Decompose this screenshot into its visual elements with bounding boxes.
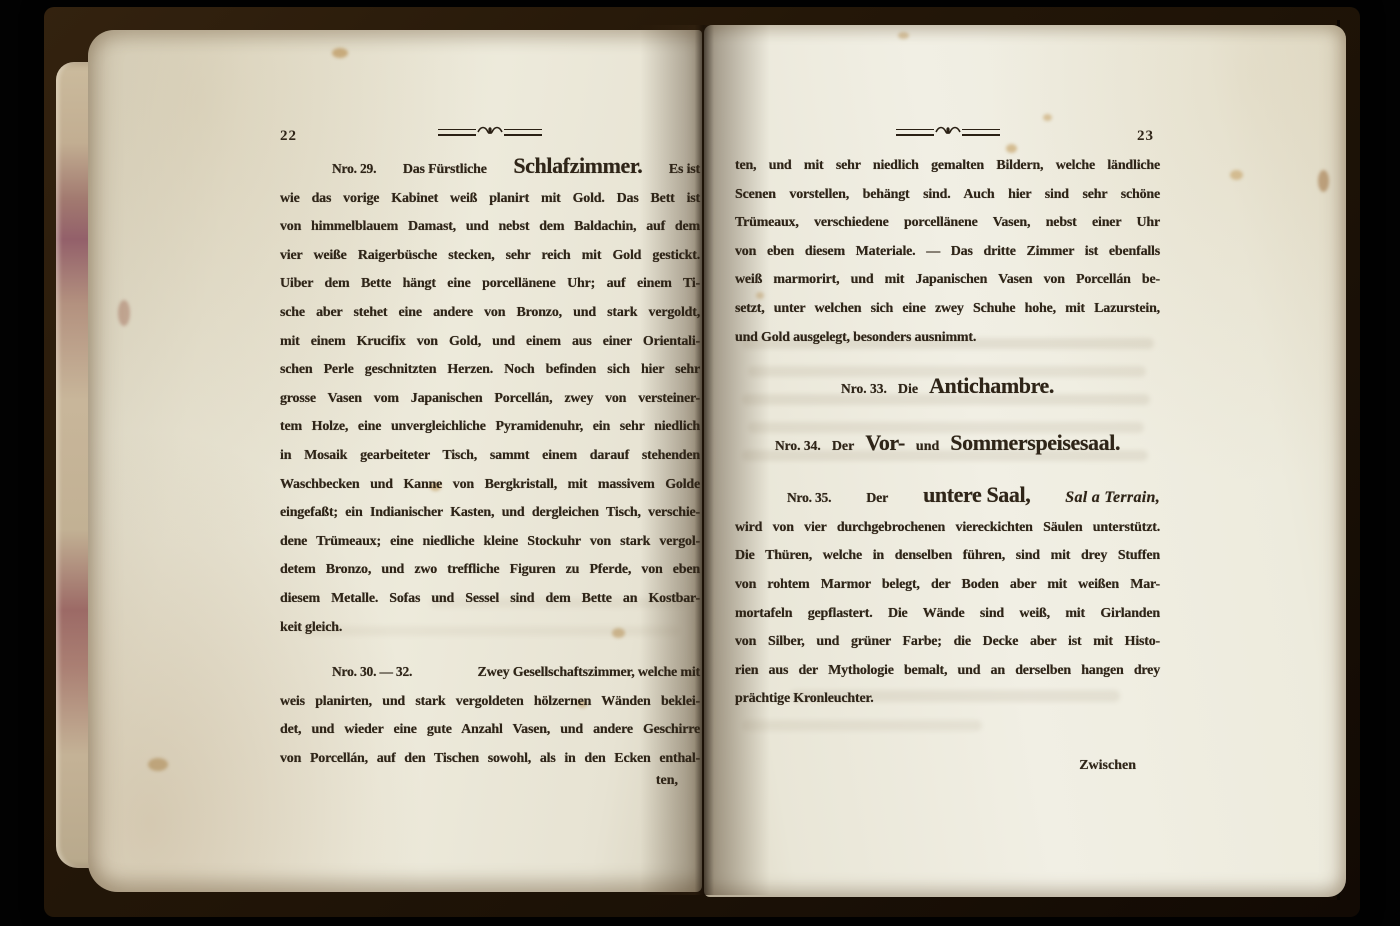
section-35: Nro. 35. Der untere Saal, Sal a Terrain,… — [735, 481, 1160, 778]
section-title-large: Vor- — [865, 429, 905, 458]
text-line: grosse Vasen vom Japanischen Porcellán, … — [280, 385, 700, 414]
text-line: Scenen vorstellen, behängt sind. Auch hi… — [735, 181, 1160, 210]
text-line: Uiber dem Bette hängt eine porcellänene … — [280, 270, 700, 299]
section-title-large: Sommerspeisesaal. — [950, 429, 1120, 458]
foxing-spot — [898, 32, 909, 39]
section-title-large: Antichambre. — [929, 372, 1054, 401]
section-number: Nro. 34. — [775, 429, 821, 463]
right-page-header: 23 — [735, 122, 1160, 152]
page-number-right: 23 — [1137, 128, 1154, 145]
section-title-small: Das Fürstliche — [403, 156, 487, 185]
text-line: dene Trümeaux; eine niedliche kleine Sto… — [280, 528, 700, 557]
catchword-right: Zwischen — [735, 754, 1160, 778]
section-30: Nro. 30. — 32. Zwey Gesellschaftszimmer,… — [280, 658, 700, 793]
ornament-rule — [504, 129, 542, 136]
foxing-spot — [332, 48, 348, 58]
text-line: prächtige Kronleuchter. — [735, 685, 1160, 714]
section-title-large: untere Saal, — [923, 481, 1030, 510]
text-line: mit einem Krucifix von Gold, und einem a… — [280, 328, 700, 357]
text-line: von rohtem Marmor belegt, der Boden aber… — [735, 571, 1160, 600]
continuation-paragraph: ten, und mit sehr niedlich gemalten Bild… — [735, 152, 1160, 352]
foxing-spot — [1318, 170, 1329, 192]
text-line: mortafeln gepflastert. Die Wände sind we… — [735, 600, 1160, 629]
section-title-mid: und — [916, 430, 939, 464]
text-line: eingefaßt; ein Indianischer Kasten, und … — [280, 499, 700, 528]
section-title-large: Schlafzimmer. — [513, 152, 642, 181]
text-line: von eben diesem Materiale. — Das dritte … — [735, 238, 1160, 267]
first-line-rest: Zwey Gesellschaftszimmer, welche mit — [478, 659, 700, 688]
section-number: Nro. 29. — [332, 155, 376, 184]
text-line: von Silber, und grüner Farbe; die Decke … — [735, 628, 1160, 657]
section-number: Nro. 30. — 32. — [332, 658, 412, 687]
ornament-rule — [896, 129, 934, 136]
divider-ornament-right — [896, 126, 1000, 138]
text-line: weiß marmorirt, und mit Japanischen Vase… — [735, 266, 1160, 295]
section-title-italic: Sal a Terrain, — [1065, 484, 1160, 513]
first-line-end: Es ist — [669, 156, 700, 185]
divider-ornament-left — [438, 126, 542, 138]
right-page-text: 23 ten, und mit sehr niedlich gemalten B… — [735, 122, 1160, 778]
text-line: det, und wieder eine gute Anzahl Vasen, … — [280, 716, 700, 745]
section-title-small: Der — [866, 485, 888, 514]
foxing-spot — [1230, 170, 1243, 180]
text-line: sche aber stehet eine andere von Bronzo,… — [280, 299, 700, 328]
section-number: Nro. 35. — [787, 484, 831, 513]
section-30-body: weis planirten, und stark vergoldeten hö… — [280, 688, 700, 774]
foxing-spot — [1043, 114, 1052, 121]
section-29-body: wie das vorige Kabinet weiß planirt mit … — [280, 185, 700, 643]
section-34-heading: Nro. 34. Der Vor- und Sommerspeisesaal. — [735, 429, 1160, 464]
left-page-text: 22 Nro. 29. Das Fürstliche Schlafzimmer.… — [280, 122, 700, 793]
text-line: Trümeaux, verschiedene porcellänene Vase… — [735, 209, 1160, 238]
section-29-first-line: Nro. 29. Das Fürstliche Schlafzimmer. Es… — [280, 152, 700, 185]
text-line: Die Thüren, welche in denselben führen, … — [735, 542, 1160, 571]
text-line: rien aus der Mythologie bemalt, und an d… — [735, 657, 1160, 686]
section-number: Nro. 33. — [841, 372, 887, 406]
ornament-rule — [962, 129, 1000, 136]
text-line: wird von vier durchgebrochenen viereckic… — [735, 514, 1160, 543]
text-line: tem Holze, eine unvergleichliche Pyramid… — [280, 413, 700, 442]
section-35-first-line: Nro. 35. Der untere Saal, Sal a Terrain, — [735, 481, 1160, 514]
text-line: von himmelblauem Damast, und nebst dem B… — [280, 213, 700, 242]
text-line: Waschbecken und Kanne von Bergkristall, … — [280, 471, 700, 500]
text-line: diesem Metalle. Sofas und Sessel sind de… — [280, 585, 700, 614]
text-line: wie das vorige Kabinet weiß planirt mit … — [280, 185, 700, 214]
section-35-body: wird von vier durchgebrochenen viereckic… — [735, 514, 1160, 714]
text-line: detem Bronzo, und zwo treffliche Figuren… — [280, 556, 700, 585]
ornament-squiggle-icon — [477, 126, 503, 138]
text-line: vier weiße Raigerbüsche stecken, sehr re… — [280, 242, 700, 271]
section-29: Nro. 29. Das Fürstliche Schlafzimmer. Es… — [280, 152, 700, 642]
ornament-squiggle-icon — [935, 126, 961, 138]
section-33-heading: Nro. 33. Die Antichambre. — [735, 372, 1160, 407]
ornament-rule — [438, 129, 476, 136]
text-line: schen Perle geschnitzten Herzen. Noch be… — [280, 356, 700, 385]
text-line: setzt, unter welchen sich eine zwey Schu… — [735, 295, 1160, 324]
text-line: von Porcellán, auf den Tischen sowohl, a… — [280, 745, 700, 774]
section-30-first-line: Nro. 30. — 32. Zwey Gesellschaftszimmer,… — [280, 658, 700, 688]
section-title-small: Der — [832, 430, 855, 464]
page-number-left: 22 — [280, 128, 297, 145]
foxing-spot — [118, 300, 130, 326]
foxing-spot — [148, 758, 168, 771]
text-line: ten, und mit sehr niedlich gemalten Bild… — [735, 152, 1160, 181]
text-line: in Mosaik gearbeiteter Tisch, sammt eine… — [280, 442, 700, 471]
book-scan: 22 Nro. 29. Das Fürstliche Schlafzimmer.… — [0, 0, 1400, 926]
text-line: weis planirten, und stark vergoldeten hö… — [280, 688, 700, 717]
text-line: keit gleich. — [280, 614, 700, 643]
text-line: und Gold ausgelegt, besonders ausnimmt. — [735, 324, 1160, 353]
left-page-header: 22 — [280, 122, 700, 152]
catchword-left: ten, — [280, 769, 700, 793]
section-title-small: Die — [898, 373, 918, 407]
